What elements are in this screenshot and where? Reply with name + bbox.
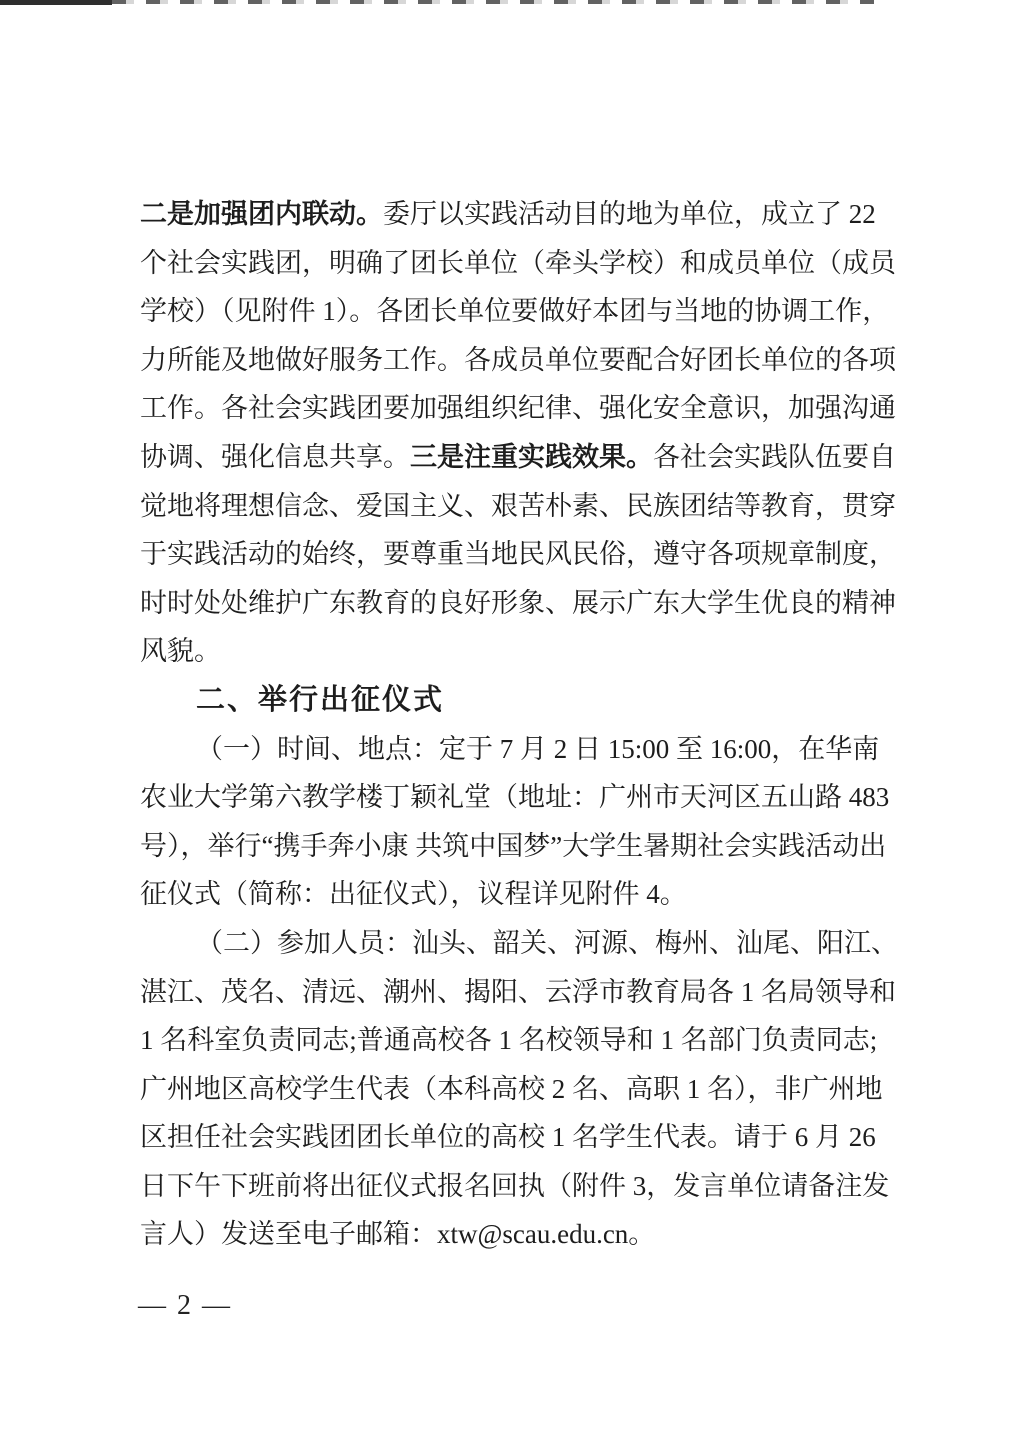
body-text: 风貌。 [140, 636, 221, 666]
scan-artifact-dashed-bar [112, 0, 874, 4]
text-line: 广州地区高校学生代表（本科高校 2 名、高职 1 名），非广州地 [140, 1065, 906, 1114]
text-line: 农业大学第六教学楼丁颖礼堂（地址：广州市天河区五山路 483 [140, 773, 906, 822]
body-text: 学校）（见附件 1）。各团长单位要做好本团与当地的协调工作， [140, 296, 889, 326]
body-text: 农业大学第六教学楼丁颖礼堂（地址：广州市天河区五山路 483 [140, 782, 889, 812]
text-line: 言人）发送至电子邮箱：xtw@scau.edu.cn。 [140, 1210, 906, 1259]
text-line: 风貌。 [140, 627, 906, 676]
body-text: 1 名科室负责同志;普通高校各 1 名校领导和 1 名部门负责同志; [140, 1025, 877, 1055]
text-line: 征仪式（简称：出征仪式），议程详见附件 4。 [140, 870, 906, 919]
text-line: 学校）（见附件 1）。各团长单位要做好本团与当地的协调工作， [140, 287, 906, 336]
text-line: 工作。各社会实践团要加强组织纪律、强化安全意识，加强沟通 [140, 384, 906, 433]
text-line: （一）时间、地点：定于 7 月 2 日 15:00 至 16:00，在华南 [140, 725, 906, 774]
text-line: 日下午下班前将出征仪式报名回执（附件 3，发言单位请备注发 [140, 1162, 906, 1211]
scan-artifact-solid-bar [0, 0, 112, 5]
body-text: 言人）发送至电子邮箱：xtw@scau.edu.cn。 [140, 1219, 655, 1249]
body-text: 觉地将理想信念、爱国主义、艰苦朴素、民族团结等教育，贯穿 [140, 491, 896, 521]
text-line: 力所能及地做好服务工作。各成员单位要配合好团长单位的各项 [140, 336, 906, 385]
body-text: 于实践活动的始终，要尊重当地民风民俗，遵守各项规章制度， [140, 539, 896, 569]
emphasis-phrase: 三是注重实践效果。 [410, 442, 653, 472]
body-text: （二）参加人员：汕头、韶关、河源、梅州、汕尾、阳江、 [196, 928, 898, 958]
text-line: 号），举行“携手奔小康 共筑中国梦”大学生暑期社会实践活动出 [140, 822, 906, 871]
text-line: 二是加强团内联动。委厅以实践活动目的地为单位，成立了 22 [140, 190, 906, 239]
text-line: （二）参加人员：汕头、韶关、河源、梅州、汕尾、阳江、 [140, 919, 906, 968]
document-body: 二是加强团内联动。委厅以实践活动目的地为单位，成立了 22 个社会实践团，明确了… [140, 190, 906, 1259]
body-text: 委厅以实践活动目的地为单位，成立了 22 [383, 199, 876, 229]
section-heading: 二、举行出征仪式 [140, 676, 906, 725]
body-text: 工作。各社会实践团要加强组织纪律、强化安全意识，加强沟通 [140, 393, 896, 423]
body-text: 力所能及地做好服务工作。各成员单位要配合好团长单位的各项 [140, 345, 896, 375]
body-text: （一）时间、地点：定于 7 月 2 日 15:00 至 16:00，在华南 [196, 734, 879, 764]
text-line: 区担任社会实践团团长单位的高校 1 名学生代表。请于 6 月 26 [140, 1113, 906, 1162]
text-line: 湛江、茂名、清远、潮州、揭阳、云浮市教育局各 1 名局领导和 [140, 968, 906, 1017]
text-line: 协调、强化信息共享。三是注重实践效果。各社会实践队伍要自 [140, 433, 906, 482]
body-text: 征仪式（简称：出征仪式），议程详见附件 4。 [140, 879, 687, 909]
body-text: 号），举行“携手奔小康 共筑中国梦”大学生暑期社会实践活动出 [140, 831, 886, 861]
text-line: 时时处处维护广东教育的良好形象、展示广东大学生优良的精神 [140, 579, 906, 628]
emphasis-phrase: 二是加强团内联动。 [140, 199, 383, 229]
body-text: 湛江、茂名、清远、潮州、揭阳、云浮市教育局各 1 名局领导和 [140, 977, 896, 1007]
page-number: — 2 — [138, 1290, 232, 1322]
text-line: 于实践活动的始终，要尊重当地民风民俗，遵守各项规章制度， [140, 530, 906, 579]
page-sheet: 二是加强团内联动。委厅以实践活动目的地为单位，成立了 22 个社会实践团，明确了… [0, 0, 1024, 1449]
body-text: 广州地区高校学生代表（本科高校 2 名、高职 1 名），非广州地 [140, 1074, 883, 1104]
body-text: 区担任社会实践团团长单位的高校 1 名学生代表。请于 6 月 26 [140, 1122, 876, 1152]
body-text: 协调、强化信息共享。 [140, 442, 410, 472]
body-text: 日下午下班前将出征仪式报名回执（附件 3，发言单位请备注发 [140, 1171, 889, 1201]
text-line: 个社会实践团，明确了团长单位（牵头学校）和成员单位（成员 [140, 239, 906, 288]
body-text: 个社会实践团，明确了团长单位（牵头学校）和成员单位（成员 [140, 248, 896, 278]
body-text: 时时处处维护广东教育的良好形象、展示广东大学生优良的精神 [140, 588, 896, 618]
body-text: 各社会实践队伍要自 [653, 442, 896, 472]
text-line: 1 名科室负责同志;普通高校各 1 名校领导和 1 名部门负责同志; [140, 1016, 906, 1065]
text-line: 觉地将理想信念、爱国主义、艰苦朴素、民族团结等教育，贯穿 [140, 482, 906, 531]
